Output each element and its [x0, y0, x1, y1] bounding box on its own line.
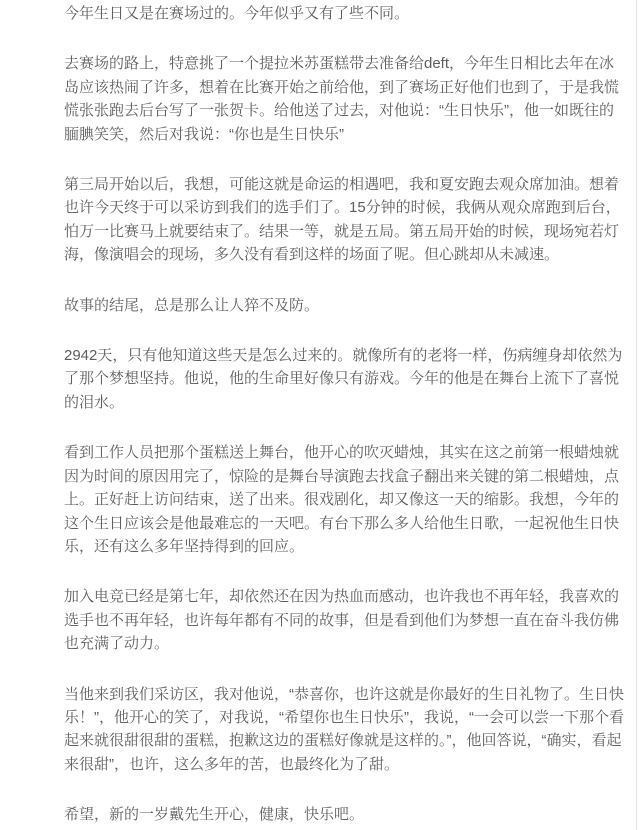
- article-paragraph: 希望，新的一岁戴先生开心，健康，快乐吧。: [64, 803, 626, 826]
- article-paragraph: 第三局开始以后，我想，可能这就是命运的相遇吧，我和夏安跑去观众席加油。想着也许今…: [64, 173, 626, 267]
- article-paragraph: 故事的结尾，总是那么让人猝不及防。: [64, 294, 626, 317]
- article-paragraph: 看到工作人员把那个蛋糕送上舞台，他开心的吹灭蜡烛，其实在这之前第一根蜡烛就因为时…: [64, 441, 626, 558]
- article-paragraph: 去赛场的路上，特意挑了一个提拉米苏蛋糕带去准备给deft，今年生日相比去年在冰岛…: [64, 52, 626, 146]
- article-paragraph: 今年生日又是在赛场过的。今年似乎又有了些不同。: [64, 2, 626, 25]
- article-paragraph: 加入电竞已经是第七年，却依然还在因为热血而感动，也许我也不再年轻，我喜欢的选手也…: [64, 585, 626, 655]
- article-paragraph: 2942天，只有他知道这些天是怎么过来的。就像所有的老将一样，伤病缠身却依然为了…: [64, 344, 626, 414]
- article-body: 今年生日又是在赛场过的。今年似乎又有了些不同。 去赛场的路上，特意挑了一个提拉米…: [64, 2, 626, 827]
- right-column-border: [636, 0, 637, 830]
- article-paragraph: 当他来到我们采访区，我对他说，“恭喜你，也许这就是你最好的生日礼物了。生日快乐！…: [64, 683, 626, 777]
